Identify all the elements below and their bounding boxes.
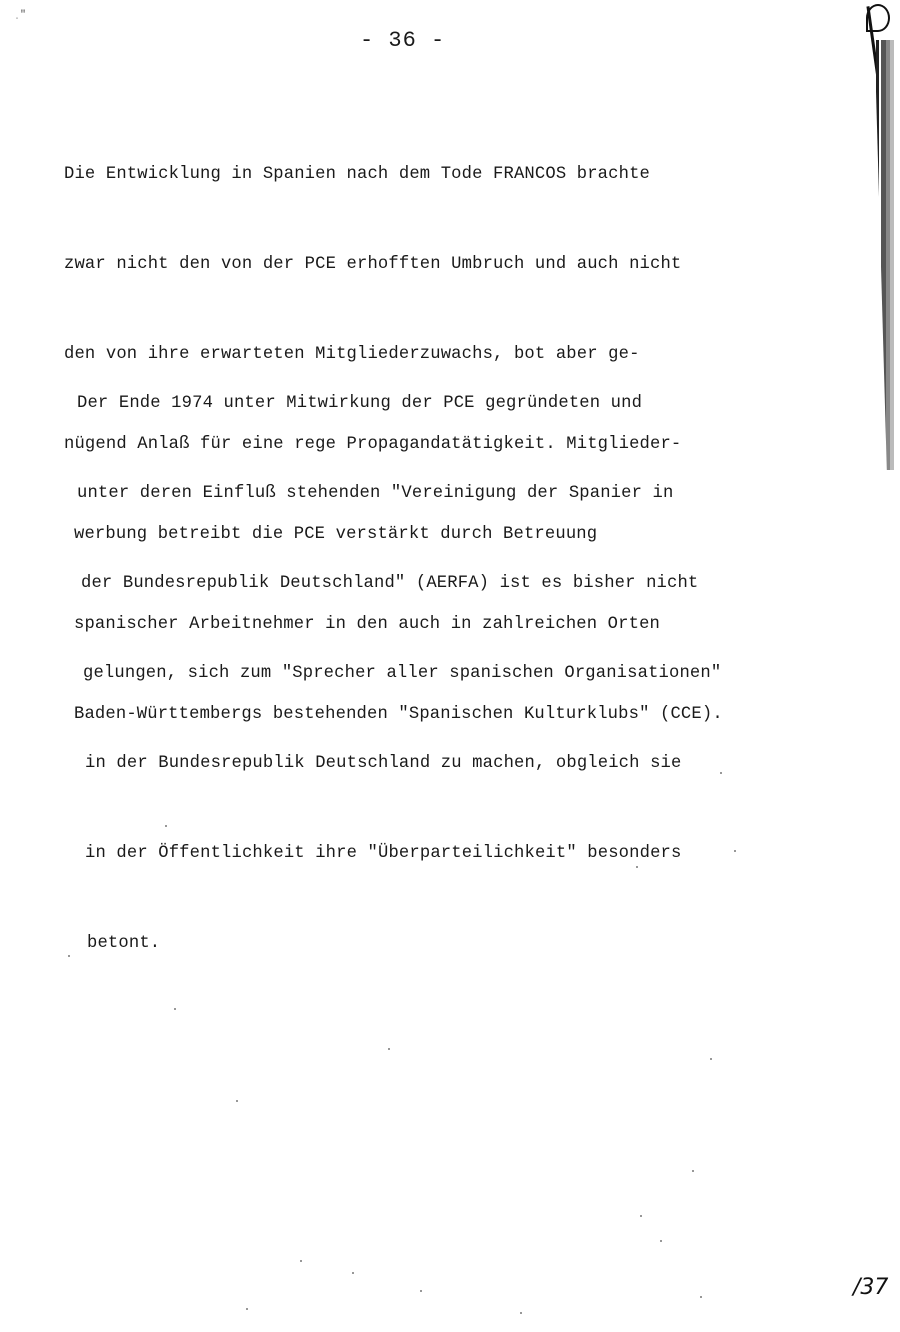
text-line: in der Bundesrepublik Deutschland zu mac… bbox=[85, 749, 721, 779]
paragraph-2: Der Ende 1974 unter Mitwirkung der PCE g… bbox=[77, 329, 721, 989]
text-line: Die Entwicklung in Spanien nach dem Tode… bbox=[64, 160, 723, 190]
scan-edge-shadow bbox=[876, 40, 894, 470]
text-line: in der Öffentlichkeit ihre "Überparteili… bbox=[85, 839, 721, 869]
scan-edge-mark bbox=[866, 4, 890, 32]
text-line: betont. bbox=[87, 929, 721, 959]
text-line: zwar nicht den von der PCE erhofften Umb… bbox=[64, 250, 723, 280]
next-page-mark: /37 bbox=[853, 1275, 888, 1300]
corner-mark: ˌ" bbox=[14, 10, 26, 21]
text-line: Der Ende 1974 unter Mitwirkung der PCE g… bbox=[77, 389, 721, 419]
text-line: unter deren Einfluß stehenden "Vereinigu… bbox=[77, 479, 721, 509]
page-number: - 36 - bbox=[360, 28, 445, 53]
text-line: gelungen, sich zum "Sprecher aller spani… bbox=[83, 659, 721, 689]
text-line: der Bundesrepublik Deutschland" (AERFA) … bbox=[81, 569, 721, 599]
